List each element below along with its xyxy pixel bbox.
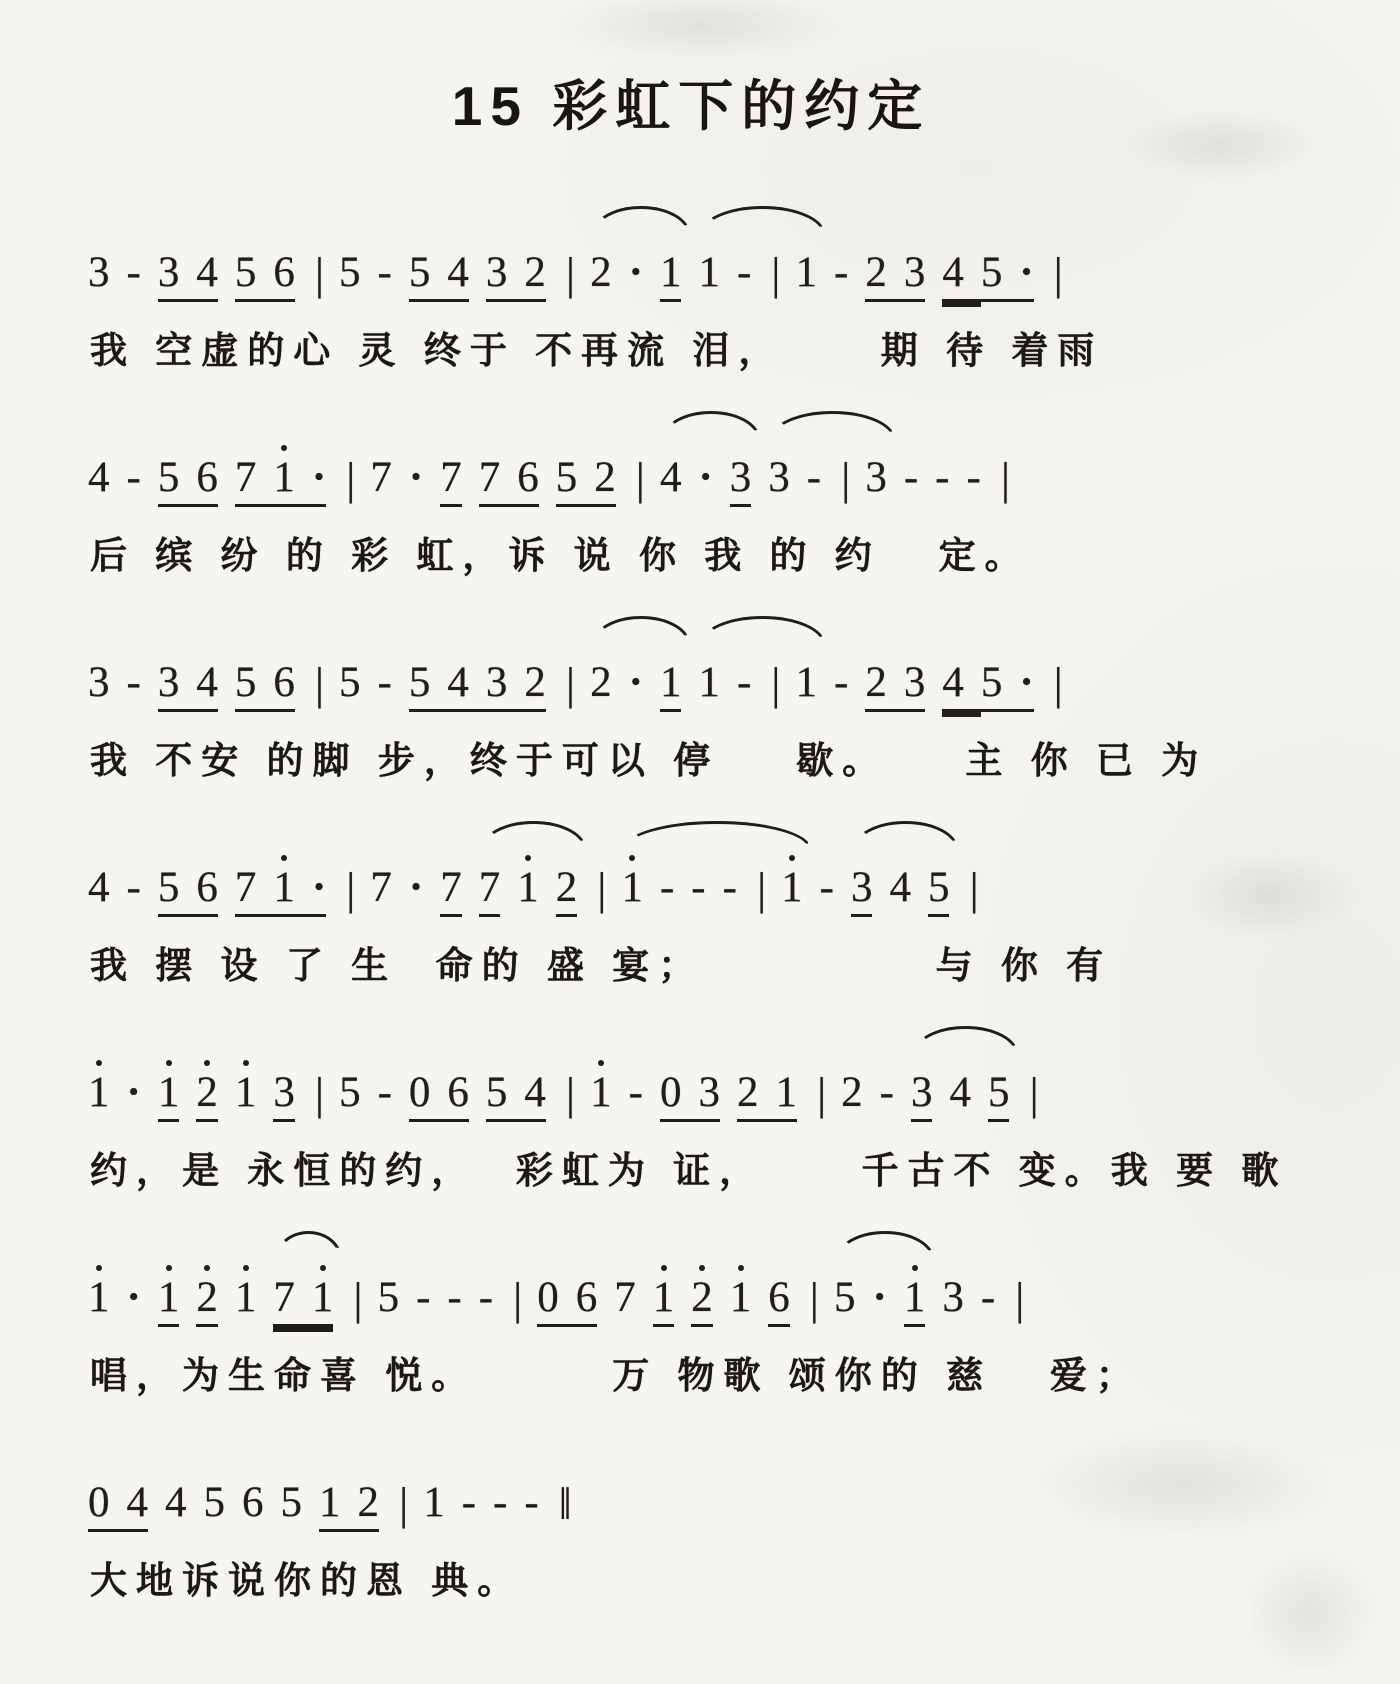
note-glyph: 1 (517, 866, 539, 909)
note-stack: 5 (928, 855, 950, 909)
tie-slur (700, 206, 825, 234)
note-glyph: 7 (370, 456, 392, 499)
note-glyph: 4 (127, 1481, 149, 1524)
note-glyph: - (737, 661, 751, 704)
augmentation-dot: · (409, 848, 423, 909)
note-stack: 7 (370, 855, 392, 909)
note-stack: 2 (524, 240, 546, 294)
note-glyph: 1 (698, 251, 720, 294)
barline: | (771, 643, 780, 707)
note-glyph: 1 (158, 1071, 180, 1114)
note-glyph: 4 (196, 661, 218, 704)
note-glyph: 4 (447, 251, 469, 294)
duration-dash: - (967, 438, 981, 499)
note-stack: 3 (865, 445, 887, 499)
note-glyph: 4 (165, 1481, 187, 1524)
note-glyph: | (315, 661, 324, 707)
note-stack: 6 (447, 1060, 469, 1114)
note: 1 (698, 643, 720, 704)
sheet-body: 3-3456|5-5432|2·11-|1-2345·|我 空虚的心 灵 终于 … (88, 199, 1334, 1604)
note-glyph: 1 (698, 661, 720, 704)
note-stack: · (409, 855, 423, 909)
note-glyph: · (1019, 661, 1033, 704)
note-stack: 4 (949, 1060, 971, 1114)
note-stack: 7 (440, 855, 462, 909)
duration-dash: - (691, 848, 705, 909)
note-glyph: 3 (88, 251, 110, 294)
barline: | (566, 1053, 575, 1117)
note-stack: 3 (88, 240, 110, 294)
augmentation-dot: · (409, 438, 423, 499)
note: 2 (358, 1463, 380, 1532)
duration-dash: - (737, 643, 751, 704)
note: 5 (928, 848, 950, 917)
note-glyph: 5 (378, 1276, 400, 1319)
note: 1 (158, 1053, 180, 1122)
duration-dash: - (462, 1463, 476, 1524)
note-stack: 4 (88, 855, 110, 909)
notation-line: 1·12171|5---|0671216|5·13-| (88, 1224, 1334, 1341)
note-stack: 7 (479, 855, 501, 909)
note: 1 (904, 1258, 926, 1327)
note: 2 (196, 1258, 218, 1327)
lyrics-line: 我 不安 的脚 步，终于可以 停 歇。 主 你 已 为 (90, 730, 1334, 784)
note-glyph: 6 (196, 456, 218, 499)
note-stack: | (315, 1060, 324, 1117)
note-glyph: | (636, 456, 645, 502)
note-stack: - (462, 1470, 476, 1524)
note-glyph: 1 (319, 1481, 341, 1524)
note-glyph: 2 (358, 1481, 380, 1524)
barline: | (597, 848, 606, 912)
note-stack: 1 (517, 855, 539, 909)
note: 2 (737, 1053, 776, 1122)
note-glyph: 2 (556, 866, 578, 909)
note-stack: · (1019, 240, 1033, 294)
note-glyph: 7 (614, 1276, 636, 1319)
note-glyph: 5 (981, 661, 1003, 704)
note-stack: 5 (235, 650, 257, 704)
barline: | (1015, 1258, 1024, 1322)
note-stack: 6 (517, 445, 539, 499)
note-stack: - (880, 1060, 894, 1114)
note-glyph: 7 (440, 456, 462, 499)
tie-slur (770, 411, 895, 439)
augmentation-dot: · (312, 848, 326, 917)
note-glyph: 4 (889, 866, 911, 909)
note-stack: 3 (904, 240, 926, 294)
note-glyph: - (660, 866, 674, 909)
note: 5 (158, 438, 197, 507)
note-stack: 2 (865, 650, 887, 704)
duration-dash: - (127, 643, 141, 704)
note-stack: 5 (981, 650, 1003, 704)
notation-line: 04456512|1---‖ (88, 1429, 1334, 1546)
note-glyph: · (409, 866, 423, 909)
note: 1 (273, 438, 312, 507)
note-stack: 4 (942, 240, 964, 294)
note-glyph: 5 (339, 251, 361, 294)
note-stack: | (771, 650, 780, 707)
note: 3 (904, 643, 926, 712)
note-glyph: 4 (88, 456, 110, 499)
note: 4 (88, 438, 110, 499)
note: 6 (273, 643, 295, 712)
rest-note: 0 (88, 1463, 127, 1532)
duration-dash: - (834, 233, 848, 294)
note-stack: - (807, 445, 821, 499)
note-glyph: 5 (928, 866, 950, 909)
note: 3 (768, 438, 790, 499)
note-glyph: | (1054, 251, 1063, 297)
note-glyph: - (691, 866, 705, 909)
note-stack: 1 (781, 855, 803, 909)
duration-dash: - (127, 233, 141, 294)
octave-dot (629, 855, 635, 861)
note: 5 (486, 1053, 525, 1122)
note-stack: - (904, 445, 918, 499)
note-stack: 7 (235, 445, 257, 499)
note-stack: 5 (339, 1060, 361, 1114)
barline: | (969, 848, 978, 912)
augmentation-dot: · (312, 438, 326, 507)
note-glyph: 1 (730, 1276, 752, 1319)
note-stack: 5 (988, 1060, 1010, 1114)
augmentation-dot: · (127, 1258, 141, 1319)
augmentation-dot: · (698, 438, 712, 499)
lyrics-line: 大地诉说你的恩 典。 (90, 1550, 1334, 1604)
note-stack: - (935, 445, 949, 499)
note-stack: 1 (795, 650, 817, 704)
note-stack: 1 (795, 240, 817, 294)
note-glyph: - (493, 1481, 507, 1524)
note-stack: 4 (942, 650, 964, 704)
note-stack: 2 (865, 240, 887, 294)
note-stack: | (757, 855, 766, 912)
note: 1 (653, 1258, 675, 1327)
note-glyph: 3 (158, 251, 180, 294)
page: { "page": { "title": "15 彩虹下的约定", "paper… (0, 0, 1400, 1684)
note-glyph: · (312, 456, 326, 499)
note: 3 (851, 848, 873, 917)
octave-dot (243, 1265, 249, 1271)
tie-slur (592, 616, 690, 644)
note-stack: 3 (88, 650, 110, 704)
note: 3 (865, 438, 887, 499)
note-glyph: | (969, 866, 978, 912)
barline: | (566, 643, 575, 707)
note: 5 (281, 1463, 303, 1524)
note-stack: 6 (273, 240, 295, 294)
duration-dash: - (479, 1258, 493, 1319)
note-glyph: 6 (447, 1071, 469, 1114)
note-stack: 2 (358, 1470, 380, 1524)
note-stack: 1 (660, 240, 682, 294)
note: 5 (378, 1258, 400, 1319)
duration-dash: - (660, 848, 674, 909)
note-glyph: | (566, 661, 575, 707)
note: 5 (981, 643, 1020, 712)
note-glyph: 5 (556, 456, 578, 499)
note-glyph: | (513, 1276, 522, 1322)
note-glyph: | (841, 456, 850, 502)
note-stack: 1 (273, 855, 295, 909)
note-stack: 7 (440, 445, 462, 499)
note-stack: - (834, 650, 848, 704)
note-stack: | (1054, 240, 1063, 297)
note-stack: - (629, 1060, 643, 1114)
note-stack: 4 (196, 650, 218, 704)
note: 3 (904, 233, 926, 302)
note: 3 (158, 643, 197, 712)
note-stack: | (353, 1265, 362, 1322)
note-glyph: 5 (281, 1481, 303, 1524)
note-glyph: 5 (339, 1071, 361, 1114)
note-glyph: 5 (158, 866, 180, 909)
note-glyph: - (447, 1276, 461, 1319)
note-stack: 7 (235, 855, 257, 909)
note-stack: - (967, 445, 981, 499)
note: 5 (235, 233, 274, 302)
duration-dash: - (904, 438, 918, 499)
note: 1 (423, 1463, 445, 1524)
note-glyph: ‖ (559, 1481, 572, 1527)
note-glyph: 3 (730, 456, 752, 499)
note-stack: 6 (242, 1470, 264, 1524)
note-glyph: - (127, 251, 141, 294)
note-glyph: 2 (691, 1276, 713, 1319)
note-stack: 2 (556, 855, 578, 909)
note-glyph: 4 (949, 1071, 971, 1114)
note-glyph: 2 (865, 661, 887, 704)
note-stack: 2 (196, 1265, 218, 1319)
note-glyph: 5 (339, 661, 361, 704)
octave-dot (738, 1265, 744, 1271)
note-stack: 1 (158, 1265, 180, 1319)
note-glyph: 3 (942, 1276, 964, 1319)
note-glyph: | (810, 1276, 819, 1322)
note: 1 (273, 848, 312, 917)
octave-dot (789, 855, 795, 861)
note-glyph: 7 (440, 866, 462, 909)
note-glyph: · (629, 661, 643, 704)
octave-dot (912, 1265, 918, 1271)
note-glyph: 1 (653, 1276, 675, 1319)
notation-line: 4-5671·|7·77652|4·33-|3---| (88, 404, 1334, 521)
note-glyph: 2 (594, 456, 616, 499)
note-glyph: - (524, 1481, 538, 1524)
augmentation-dot: · (127, 1053, 141, 1114)
tie-slur (913, 1026, 1018, 1054)
note: 6 (576, 1258, 598, 1327)
octave-dot (699, 1265, 705, 1271)
note-stack: 1 (319, 1470, 341, 1524)
note-stack: · (1019, 650, 1033, 704)
note-stack: 3 (273, 1060, 295, 1114)
note-stack: - (127, 445, 141, 499)
note-glyph: 6 (768, 1276, 790, 1319)
note: 2 (865, 643, 904, 712)
note-glyph: 2 (196, 1276, 218, 1319)
note-glyph: 1 (621, 866, 643, 909)
duration-dash: - (723, 848, 737, 909)
note-stack: | (1001, 445, 1010, 502)
note-stack: · (127, 1060, 141, 1114)
note: 5 (235, 643, 274, 712)
note: 7 (479, 438, 518, 507)
note-stack: - (493, 1470, 507, 1524)
note: 5 (988, 1053, 1010, 1122)
note-glyph: - (967, 456, 981, 499)
note-stack: | (597, 855, 606, 912)
note: 6 (242, 1463, 264, 1524)
note-stack: - (479, 1265, 493, 1319)
note: 1 (775, 1053, 797, 1122)
note-glyph: 2 (590, 661, 612, 704)
lyrics-line: 唱，为生命喜 悦。 万 物歌 颂你的 慈 爱； (90, 1345, 1334, 1399)
note-glyph: 2 (737, 1071, 759, 1114)
note: 3 (911, 1053, 933, 1122)
note: 6 (196, 848, 218, 917)
note: 1 (698, 233, 720, 294)
note-stack: 1 (660, 650, 682, 704)
note-glyph: - (834, 661, 848, 704)
scan-artifact (560, 0, 840, 60)
note-stack: | (1015, 1265, 1024, 1322)
note: 5 (204, 1463, 226, 1524)
note: 4 (165, 1463, 187, 1524)
note-glyph: | (1029, 1071, 1038, 1117)
note: 4 (196, 643, 218, 712)
note-glyph: 5 (409, 661, 431, 704)
note-stack: - (378, 240, 392, 294)
note-stack: - (981, 1265, 995, 1319)
note-stack: 3 (851, 855, 873, 909)
duration-dash: - (447, 1258, 461, 1319)
note-glyph: 2 (524, 251, 546, 294)
duration-dash: - (880, 1053, 894, 1114)
note: 2 (590, 233, 612, 294)
note: 5 (834, 1258, 856, 1319)
note-glyph: - (981, 1276, 995, 1319)
note: 3 (158, 233, 197, 302)
note-stack: 4 (127, 1470, 149, 1524)
barline: | (346, 438, 355, 502)
final-barline: ‖ (559, 1463, 572, 1527)
note-glyph: 3 (698, 1071, 720, 1114)
barline: | (1029, 1053, 1038, 1117)
note: 7 (614, 1258, 636, 1319)
octave-dot (96, 1265, 102, 1271)
lyrics-line: 约，是 永恒的约， 彩虹为 证， 千古不 变。我 要 歌 (90, 1140, 1334, 1194)
note: 2 (841, 1053, 863, 1114)
duration-dash: - (981, 1258, 995, 1319)
note: 2 (524, 643, 546, 712)
note-glyph: - (820, 866, 834, 909)
note: 2 (590, 643, 612, 704)
note-glyph: | (353, 1276, 362, 1322)
note: 1 (158, 1258, 180, 1327)
note-stack: 0 (88, 1470, 110, 1524)
music-system: 04456512|1---‖大地诉说你的恩 典。 (88, 1429, 1334, 1604)
note-glyph: 2 (196, 1071, 218, 1114)
barline: | (315, 233, 324, 297)
music-system: 4-5671·|7·77652|4·33-|3---|后 缤 纷 的 彩 虹，诉… (88, 404, 1334, 579)
note-stack: 1 (621, 855, 643, 909)
note-glyph: 3 (486, 251, 508, 294)
note-stack: 4 (88, 445, 110, 499)
note: 1 (730, 1258, 752, 1319)
note-glyph: | (346, 456, 355, 502)
note-glyph: 5 (158, 456, 180, 499)
note-glyph: · (629, 251, 643, 294)
note-stack: 5 (204, 1470, 226, 1524)
duration-dash: - (629, 1053, 643, 1114)
barline: | (1001, 438, 1010, 502)
note-stack: 1 (312, 1265, 334, 1319)
note-glyph: 4 (524, 1071, 546, 1114)
note: 1 (795, 643, 817, 704)
note: 4 (447, 643, 486, 712)
note-stack: - (834, 240, 848, 294)
note: 7 (440, 848, 462, 917)
note-glyph: · (409, 456, 423, 499)
duration-dash: - (737, 233, 751, 294)
note-stack: 7 (370, 445, 392, 499)
note: 7 (273, 1258, 312, 1327)
note-stack: · (312, 445, 326, 499)
octave-dot (661, 1265, 667, 1271)
note-stack: 0 (660, 1060, 682, 1114)
note: 3 (942, 1258, 964, 1319)
note-stack: | (817, 1060, 826, 1117)
duration-dash: - (416, 1258, 430, 1319)
music-system: 4-5671·|7·7712|1---|1-345|我 摆 设 了 生 命的 盛… (88, 814, 1334, 989)
tie-slur (700, 616, 825, 644)
note-glyph: 1 (235, 1276, 257, 1319)
note-stack: | (346, 855, 355, 912)
note-stack: | (315, 240, 324, 297)
note-glyph: 1 (795, 661, 817, 704)
octave-dot (204, 1060, 210, 1066)
duration-dash: - (127, 438, 141, 499)
tie-slur (662, 411, 760, 439)
note: 5 (339, 643, 361, 704)
note-stack: 2 (594, 445, 616, 499)
note-stack: 6 (196, 445, 218, 499)
note-stack: · (872, 1265, 886, 1319)
note-glyph: 3 (904, 251, 926, 294)
note-stack: 3 (486, 240, 508, 294)
note: 1 (88, 1258, 110, 1319)
note-stack: - (723, 855, 737, 909)
note-stack: - (691, 855, 705, 909)
note-glyph: 6 (517, 456, 539, 499)
note-stack: 1 (273, 445, 295, 499)
note-glyph: 2 (865, 251, 887, 294)
note-stack: - (524, 1470, 538, 1524)
note-glyph: · (127, 1071, 141, 1114)
barline: | (771, 233, 780, 297)
note: 1 (235, 1053, 257, 1114)
note-glyph: 1 (88, 1276, 110, 1319)
note-stack: - (127, 855, 141, 909)
note-glyph: 3 (768, 456, 790, 499)
note: 6 (447, 1053, 469, 1122)
note: 3 (273, 1053, 295, 1122)
note-glyph: 3 (273, 1071, 295, 1114)
note-glyph: 7 (370, 866, 392, 909)
